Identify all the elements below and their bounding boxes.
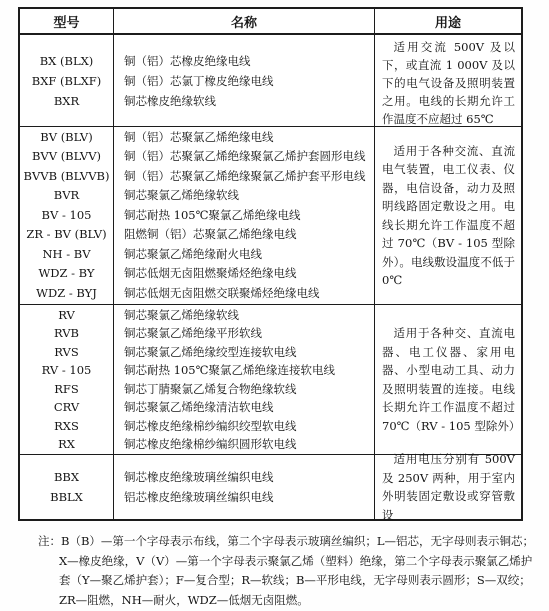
model-cell: BV (BLV) BVV (BLVV) BVVB (BLVVB) BVR BV … bbox=[20, 127, 114, 304]
footnote-line: 注：B（B）—第一个字母表示布线，第二个字母表示玻璃丝编织；L—铝芯，无字母则表… bbox=[38, 532, 524, 552]
footnote-label: 注： bbox=[38, 534, 61, 548]
wire-name: 铝芯橡皮绝缘玻璃丝编织电线 bbox=[124, 487, 374, 507]
model-code: ZR - BV (BLV) bbox=[26, 225, 106, 245]
model-code: WDZ - BYJ bbox=[36, 284, 97, 304]
model-code: BBX bbox=[54, 467, 79, 487]
table-row-group-bx: BX (BLX) BXF (BLXF) BXR 铜（铝）芯橡皮绝缘电线 铜（铝）… bbox=[20, 35, 521, 127]
table-row-group-bbx: BBX BBLX 铜芯橡皮绝缘玻璃丝编织电线 铝芯橡皮绝缘玻璃丝编织电线 适用电… bbox=[20, 455, 521, 519]
name-cell: 铜芯聚氯乙烯绝缘软线 铜芯聚氯乙烯绝缘平形软线 铜芯聚氯乙烯绝缘绞型连接软电线 … bbox=[114, 305, 375, 454]
model-code: BX (BLX) bbox=[40, 51, 94, 71]
wire-name: 铜（铝）芯橡皮绝缘电线 bbox=[124, 51, 374, 71]
model-cell: RV RVB RVS RV - 105 RFS CRV RXS RX bbox=[20, 305, 114, 454]
wire-name: 铜（铝）芯聚氯乙烯绝缘聚氯乙烯护套圆形电线 bbox=[124, 147, 374, 167]
model-code: BVVB (BLVVB) bbox=[24, 167, 110, 187]
name-cell: 铜（铝）芯聚氯乙烯绝缘电线 铜（铝）芯聚氯乙烯绝缘聚氯乙烯护套圆形电线 铜（铝）… bbox=[114, 127, 375, 304]
model-code: BVV (BLVV) bbox=[32, 147, 101, 167]
model-code: BXR bbox=[54, 91, 79, 111]
wire-name: 铜芯橡皮绝缘棉纱编织绞型软电线 bbox=[124, 417, 374, 436]
usage-cell: 适用电压分别有 500V 及 250V 两种，用于室内外明装固定敷设或穿管敷设 bbox=[375, 455, 521, 519]
model-code: BXF (BLXF) bbox=[32, 71, 102, 91]
model-code: WDZ - BY bbox=[38, 264, 94, 284]
usage-text: 适用于各种交流、直流电气装置，电工仪表、仪器，电信设备，动力及照明线路固定敷设之… bbox=[375, 140, 521, 292]
wire-name: 铜芯聚氯乙烯绝缘耐火电线 bbox=[124, 245, 374, 265]
model-code: BV (BLV) bbox=[40, 128, 92, 148]
model-code: BV - 105 bbox=[42, 206, 92, 226]
model-code: RVB bbox=[54, 324, 79, 343]
wire-name: 铜（铝）芯聚氯乙烯绝缘聚氯乙烯护套平形电线 bbox=[124, 167, 374, 187]
footnote-line: X—橡皮绝缘，V（V）—第一个字母表示聚氯乙烯（塑料）绝缘，第二个字母表示聚氯乙… bbox=[38, 552, 524, 572]
usage-cell: 适用于各种交流、直流电气装置，电工仪表、仪器，电信设备，动力及照明线路固定敷设之… bbox=[375, 127, 521, 304]
table-header-row: 型号 名称 用途 bbox=[20, 9, 521, 35]
model-cell: BX (BLX) BXF (BLXF) BXR bbox=[20, 35, 114, 126]
wire-name: 铜（铝）芯聚氯乙烯绝缘电线 bbox=[124, 128, 374, 148]
usage-text: 适用电压分别有 500V 及 250V 两种，用于室内外明装固定敷设或穿管敷设 bbox=[375, 448, 521, 526]
wire-name: 铜芯聚氯乙烯绝缘平形软线 bbox=[124, 324, 374, 343]
name-cell: 铜（铝）芯橡皮绝缘电线 铜（铝）芯氯丁橡皮绝缘电线 铜芯橡皮绝缘软线 bbox=[114, 35, 375, 126]
table-row-group-rv: RV RVB RVS RV - 105 RFS CRV RXS RX 铜芯聚氯乙… bbox=[20, 305, 521, 455]
wire-type-table: 型号 名称 用途 BX (BLX) BXF (BLXF) BXR 铜（铝）芯橡皮… bbox=[18, 7, 523, 521]
scanned-page: 型号 名称 用途 BX (BLX) BXF (BLXF) BXR 铜（铝）芯橡皮… bbox=[0, 0, 549, 611]
wire-name: 铜芯低烟无卤阻燃交联聚烯烃绝缘电线 bbox=[124, 284, 374, 304]
model-code: CRV bbox=[54, 398, 79, 417]
wire-name: 铜芯聚氯乙烯绝缘绞型连接软电线 bbox=[124, 343, 374, 362]
usage-text: 适用于各种交、直流电器、电工仪器、家用电器、小型电动工具、动力及照明装置的连接。… bbox=[375, 322, 521, 437]
model-cell: BBX BBLX bbox=[20, 455, 114, 519]
usage-text: 适用交流 500V 及以下，或直流 1 000V 及以下的电气设备及照明装置之用… bbox=[375, 35, 521, 130]
table-row-group-bv: BV (BLV) BVV (BLVV) BVVB (BLVVB) BVR BV … bbox=[20, 127, 521, 305]
footnote-text: B（B）—第一个字母表示布线，第二个字母表示玻璃丝编织；L—铝芯，无字母则表示铜… bbox=[61, 534, 534, 548]
name-cell: 铜芯橡皮绝缘玻璃丝编织电线 铝芯橡皮绝缘玻璃丝编织电线 bbox=[114, 455, 375, 519]
wire-name: 铜芯耐热 105℃聚氯乙烯绝缘电线 bbox=[124, 206, 374, 226]
model-code: RV - 105 bbox=[42, 361, 92, 380]
wire-name: 铜芯丁腈聚氯乙烯复合物绝缘软线 bbox=[124, 380, 374, 399]
wire-name: 铜芯聚氯乙烯绝缘软线 bbox=[124, 186, 374, 206]
model-code: RX bbox=[58, 435, 75, 454]
usage-cell: 适用交流 500V 及以下，或直流 1 000V 及以下的电气设备及照明装置之用… bbox=[375, 35, 521, 126]
footnote-line: 套（Y—聚乙烯护套）；F—复合型；R—软线；B—平形电线，无字母则表示圆形；S—… bbox=[38, 571, 524, 591]
wire-name: 阻燃铜（铝）芯聚氯乙烯绝缘电线 bbox=[124, 225, 374, 245]
wire-name: 铜芯聚氯乙烯绝缘软线 bbox=[124, 306, 374, 325]
model-code: BVR bbox=[54, 186, 79, 206]
header-model: 型号 bbox=[20, 9, 114, 33]
model-code: NH - BV bbox=[42, 245, 90, 265]
usage-cell: 适用于各种交、直流电器、电工仪器、家用电器、小型电动工具、动力及照明装置的连接。… bbox=[375, 305, 521, 454]
model-code: RFS bbox=[54, 380, 79, 399]
wire-name: 铜芯橡皮绝缘棉纱编织圆形软电线 bbox=[124, 435, 374, 454]
wire-name: 铜（铝）芯氯丁橡皮绝缘电线 bbox=[124, 71, 374, 91]
wire-name: 铜芯聚氯乙烯绝缘清洁软电线 bbox=[124, 398, 374, 417]
model-code: BBLX bbox=[50, 487, 83, 507]
wire-name: 铜芯耐热 105℃聚氯乙烯绝缘连接软电线 bbox=[124, 361, 374, 380]
wire-name: 铜芯橡皮绝缘玻璃丝编织电线 bbox=[124, 467, 374, 487]
header-name: 名称 bbox=[114, 9, 375, 33]
footnote-line: ZR—阻燃，NH—耐火，WDZ—低烟无卤阻燃。 bbox=[38, 591, 524, 611]
header-usage: 用途 bbox=[375, 9, 521, 33]
wire-name: 铜芯低烟无卤阻燃聚烯烃绝缘电线 bbox=[124, 264, 374, 284]
model-code: RVS bbox=[54, 343, 78, 362]
model-code: RXS bbox=[54, 417, 79, 436]
wire-name: 铜芯橡皮绝缘软线 bbox=[124, 91, 374, 111]
model-code: RV bbox=[58, 306, 75, 325]
footnote: 注：B（B）—第一个字母表示布线，第二个字母表示玻璃丝编织；L—铝芯，无字母则表… bbox=[38, 532, 524, 610]
